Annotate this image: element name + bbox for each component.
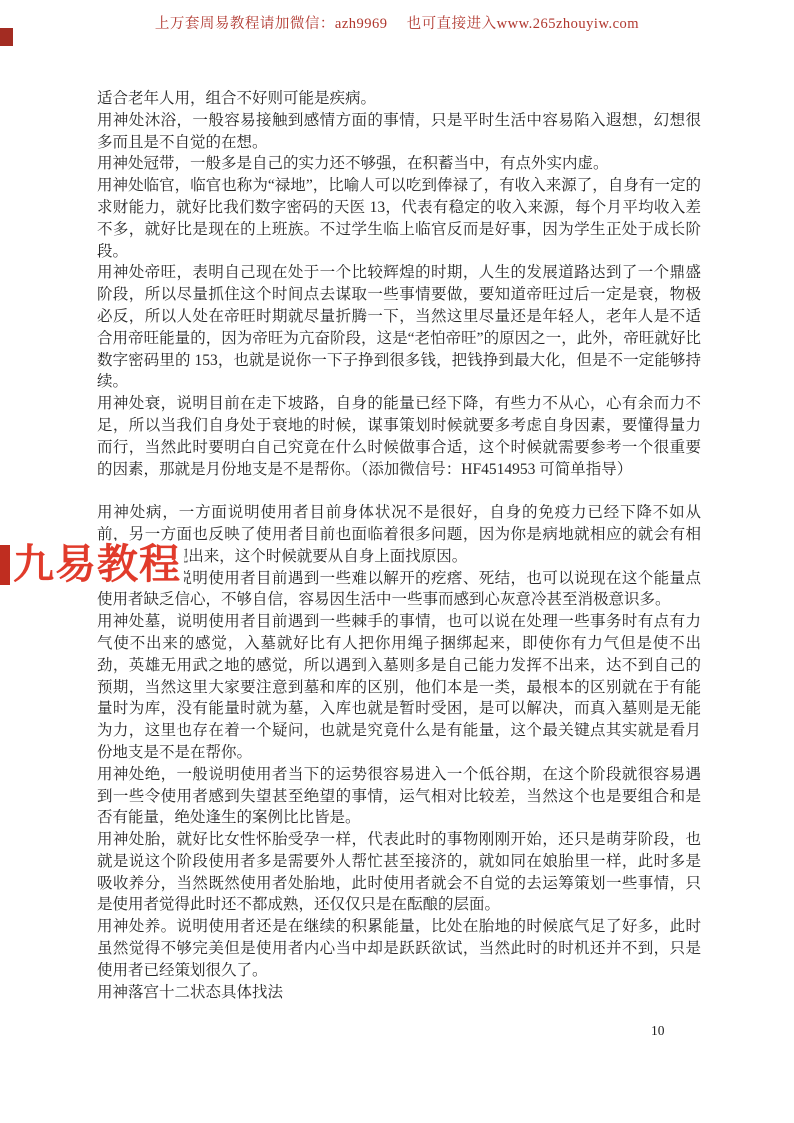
paragraph: 用神处绝，一般说明使用者当下的运势很容易进入一个低谷期，在这个阶段就很容易遇到一… <box>97 764 701 829</box>
paragraph: 用神处养。说明使用者还是在继续的积累能量，比处在胎地的时候底气足了好多，此时虽然… <box>97 916 701 981</box>
paragraph: 用神处帝旺，表明自己现在处于一个比较辉煌的时期，人生的发展道路达到了一个鼎盛阶段… <box>97 262 701 393</box>
watermark: 九易教程 <box>0 541 184 588</box>
paragraph: 用神处墓，说明使用者目前遇到一些棘手的事情，也可以说在处理一些事务时有点有力气使… <box>97 611 701 764</box>
page-number: 10 <box>651 1023 665 1039</box>
page-header-text: 上万套周易教程请加微信：azh9969 也可直接进入www.265zhouyiw… <box>0 12 794 33</box>
paragraph: 用神处临官，临官也称为“禄地”，比喻人可以吃到俸禄了，有收入来源了，自身有一定的… <box>97 175 701 262</box>
paragraph: 用神处衰，说明目前在走下坡路，自身的能量已经下降，有些力不从心，心有余而力不足，… <box>97 393 701 480</box>
document-body: 适合老年人用，组合不好则可能是疾病。用神处沐浴，一般容易接触到感情方面的事情，只… <box>97 88 701 1003</box>
paragraph: 用神处病，一方面说明使用者目前身体状况不是很好，自身的免疫力已经下降不如从前，另… <box>97 502 701 567</box>
paragraph: 用神处冠带，一般多是自己的实力还不够强，在积蓄当中，有点外实内虚。 <box>97 153 701 175</box>
document-page: 上万套周易教程请加微信：azh9969 也可直接进入www.265zhouyiw… <box>0 0 794 1123</box>
paragraph: 用神处死，说明使用者目前遇到一些难以解开的疙瘩、死结，也可以说现在这个能量点使用… <box>97 568 701 612</box>
paragraph: 适合老年人用，组合不好则可能是疾病。 <box>97 88 701 110</box>
paragraph <box>97 480 701 502</box>
red-corner-mark <box>0 28 13 46</box>
paragraph: 用神处沐浴，一般容易接触到感情方面的事情，只是平时生活中容易陷入遐想，幻想很多而… <box>97 110 701 154</box>
watermark-text: 九易教程 <box>13 544 181 585</box>
paragraph: 用神处胎，就好比女性怀胎受孕一样，代表此时的事物刚刚开始，还只是萌芽阶段，也就是… <box>97 829 701 916</box>
watermark-bar-icon <box>0 545 10 585</box>
paragraph: 用神落宫十二状态具体找法 <box>97 982 701 1004</box>
